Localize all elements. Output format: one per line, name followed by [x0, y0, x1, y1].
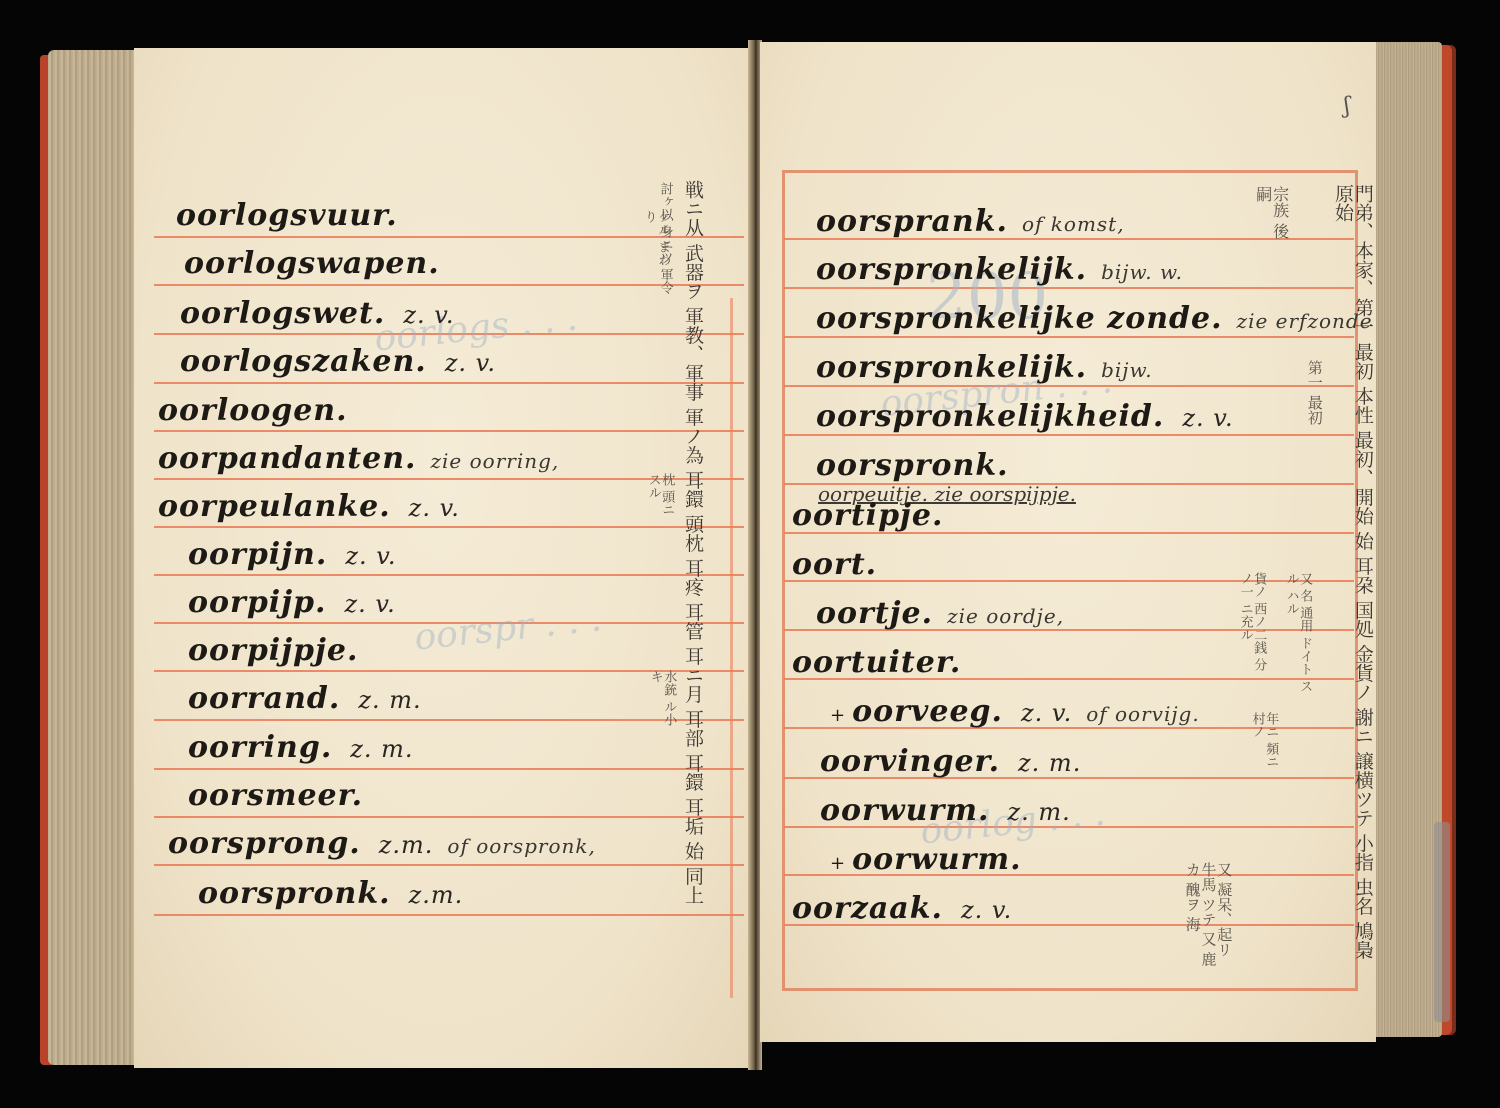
dictionary-entry: oorlogswet.z. v. [180, 296, 455, 331]
corner-pencil-mark: ʃ [1344, 94, 1350, 119]
dictionary-entry: oorspronkelijke zonde.zie erfzonde [816, 301, 1373, 336]
japanese-annotation: 枕 頭ニ スル [646, 473, 673, 533]
japanese-annotation: 又 名 通用 ドイト スル ハル [1284, 572, 1311, 702]
dictionary-entry: oorspronk.z.m. [198, 876, 463, 911]
japanese-annotation: ケル まわり [642, 210, 669, 270]
dictionary-entry: oorvinger.z. m. [820, 744, 1081, 779]
japanese-annotation: 水銃 ル小キ [648, 670, 675, 730]
dictionary-entry: oorpijpje. [188, 633, 358, 668]
dictionary-entry: oorspronkelijk.bijw. w. [816, 252, 1183, 287]
dictionary-entry: oortuiter. [792, 645, 961, 680]
japanese-annotation: 宗族 後嗣 [1254, 186, 1288, 246]
dictionary-entry: oorspronkelijk.bijw. [816, 350, 1153, 385]
dictionary-entry: oortje.zie oordje, [816, 596, 1064, 631]
left-page: oorlogs . . . oorspr . . . oorlogsvuur. … [134, 48, 750, 1068]
japanese-annotation: 門弟、本家、第一 最初 本性 最初、開始 始 耳朶 国処 金貨ノ 謝ニ 譲横ツテ… [1332, 184, 1372, 964]
dictionary-entry: +oorwurm. [830, 842, 1022, 877]
dictionary-entry: oorpandanten.zie oorring, [158, 441, 559, 476]
dictionary-entry: oorloogen. [158, 393, 348, 428]
worn-corner [1434, 822, 1450, 1022]
japanese-annotation: 第一 最初 [1306, 360, 1322, 450]
dictionary-entry: oorsmeer. [188, 778, 363, 813]
dictionary-entry: oorsprong.z.m.of oorspronk, [168, 826, 596, 861]
dictionary-entry: oorring.z. m. [188, 730, 414, 765]
dictionary-entry: oorspronk. [816, 448, 1009, 483]
open-book: oorlogs . . . oorspr . . . oorlogsvuur. … [0, 0, 1500, 1108]
page-stack-left [48, 50, 136, 1065]
dictionary-entry: +oorveeg.z. v.of oorvijg. [830, 694, 1200, 729]
japanese-annotation: 戦ニ从 武器ヲ 軍教、軍事 軍ノ為 耳鐶 頭枕 耳疼 耳管 耳ニ月 耳部 耳鐶 … [682, 180, 702, 940]
dictionary-entry: oorpijp.z. v. [188, 585, 396, 620]
dictionary-entry: oorwurm.z. m. [820, 793, 1071, 828]
page-stack-right [1372, 42, 1442, 1037]
dictionary-entry: oorlogsvuur. [176, 198, 416, 233]
dictionary-entry: oorpeulanke.z. v. [158, 489, 460, 524]
dictionary-entry: oorlogszaken.z. v. [180, 344, 496, 379]
japanese-annotation: 年ニ 頻ニ 村ノ [1250, 712, 1277, 782]
japanese-annotation: 又 凝呆、起リ 牛馬 ツテ 又 鹿カ 醜ヲ 海 [1184, 862, 1231, 972]
dictionary-entry: oorpijn.z. v. [188, 537, 397, 572]
dictionary-entry: oorrand.z. m. [188, 681, 422, 716]
dictionary-entry: oorlogswapen. [184, 246, 440, 281]
dictionary-entry: oorspronkelijkheid.z. v. [816, 399, 1234, 434]
dictionary-entry: oorzaak.z. v. [792, 891, 1012, 926]
japanese-annotation: 貨ノ 西ノ二銭 分ノ一 ニ充ル [1238, 572, 1265, 682]
right-page: 200 ʃ oorspron . . . oorlog . . . oorspr… [760, 42, 1376, 1042]
dictionary-entry: oorsprank.of komst, [816, 204, 1125, 239]
dictionary-entry: oort. [792, 547, 877, 582]
dictionary-entry: oortipje. [792, 498, 943, 533]
